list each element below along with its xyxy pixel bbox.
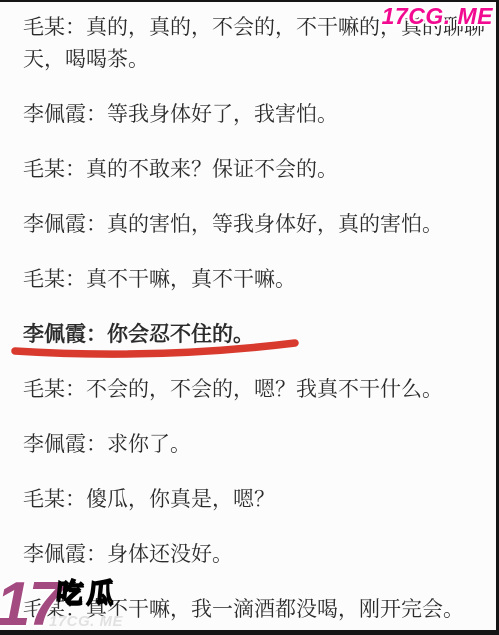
dialogue-line-2: 李佩霞：等我身体好了，我害怕。 — [23, 99, 492, 131]
logo-word-chigua: 吃瓜 — [55, 580, 120, 607]
dialogue-line-6-highlighted: 李佩霞：你会忍不住的。 — [23, 319, 492, 351]
dialogue-line-5: 毛某：真不干嘛，真不干嘛。 — [23, 264, 492, 296]
dialogue-line-4: 李佩霞：真的害怕，等我身体好，真的害怕。 — [23, 209, 492, 241]
dialogue-line-10: 李佩霞：身体还没好。 — [23, 539, 492, 571]
site-watermark-top: 17CG. ME — [382, 3, 493, 30]
dialogue-transcript: 毛某：真的，真的，不会的，不干嘛的，真的聊聊天，喝喝茶。 李佩霞：等我身体好了，… — [0, 2, 496, 626]
dialogue-line-9: 毛某：傻瓜，你真是，嗯？ — [23, 484, 492, 516]
dialogue-line-6-text: 李佩霞：你会忍不住的。 — [23, 323, 254, 346]
logo-site-url: 17CG. ME — [49, 614, 123, 629]
screenshot-root: { "watermark": { "text": "17CG. ME" }, "… — [0, 0, 499, 635]
dialogue-line-7: 毛某：不会的，不会的，嗯？我真不干什么。 — [23, 374, 492, 406]
dialogue-line-3: 毛某：真的不敢来？保证不会的。 — [23, 154, 492, 186]
dialogue-line-8: 李佩霞：求你了。 — [23, 429, 492, 461]
site-logo-bottom: 17 吃瓜 17CG. ME — [0, 572, 150, 635]
